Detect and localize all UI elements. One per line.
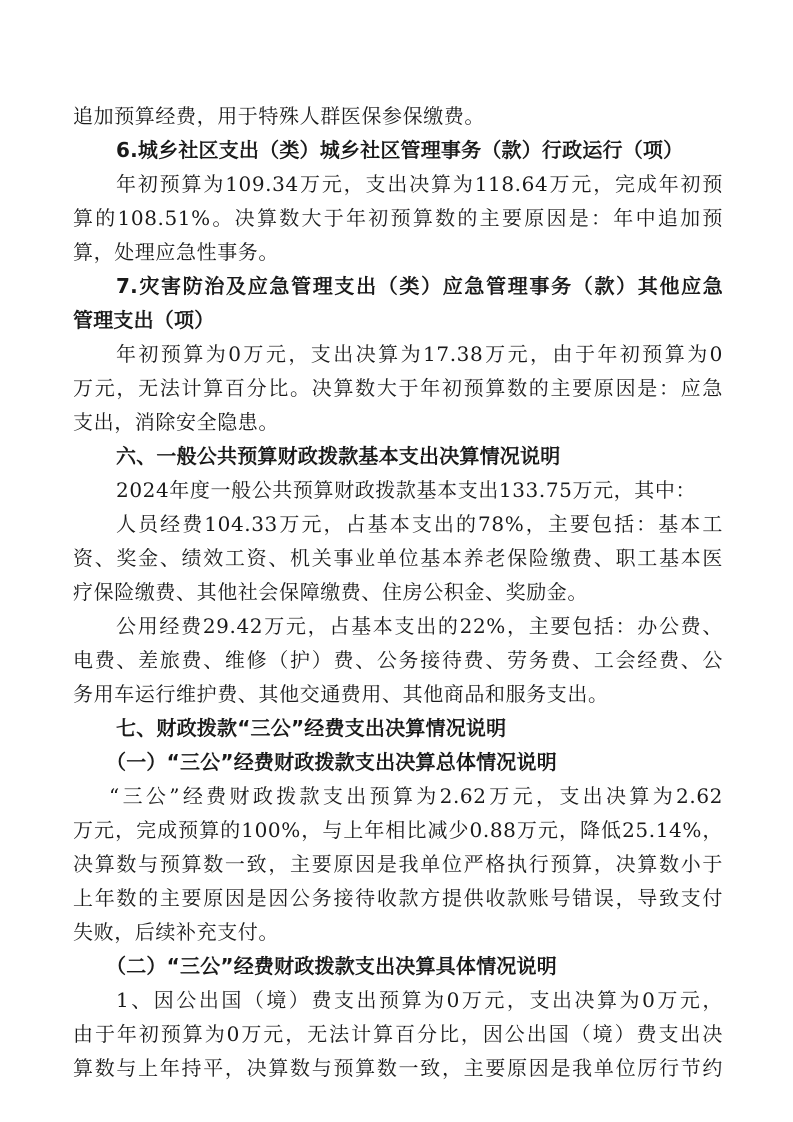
text-line: 公用经费29.42万元，占基本支出的22%，主要包括：办公费、 <box>73 609 723 643</box>
section-heading: 管理支出（项） <box>73 303 723 337</box>
document-page: 追加预算经费，用于特殊人群医保参保缴费。 6.城乡社区支出（类）城乡社区管理事务… <box>73 99 723 1085</box>
text-line: 由于年初预算为0万元，无法计算百分比，因公出国（境）费支出决 <box>73 1017 723 1051</box>
text-line: 算的108.51%。决算数大于年初预算数的主要原因是：年中追加预 <box>73 201 723 235</box>
text-line: 算，处理应急性事务。 <box>73 235 723 269</box>
text-line: 支出，消除安全隐患。 <box>73 405 723 439</box>
text-line: 追加预算经费，用于特殊人群医保参保缴费。 <box>73 99 723 133</box>
section-heading: 七、财政拨款“三公”经费支出决算情况说明 <box>73 711 723 745</box>
text-line: “三公”经费财政拨款支出预算为2.62万元，支出决算为2.62 <box>73 779 723 813</box>
text-line: 年初预算为109.34万元，支出决算为118.64万元，完成年初预 <box>73 167 723 201</box>
text-line: 决算数与预算数一致，主要原因是我单位严格执行预算，决算数小于 <box>73 847 723 881</box>
text-line: 人员经费104.33万元，占基本支出的78%，主要包括：基本工 <box>73 507 723 541</box>
text-line: 上年数的主要原因是因公务接待收款方提供收款账号错误，导致支付 <box>73 881 723 915</box>
text-line: 年初预算为0万元，支出决算为17.38万元，由于年初预算为0 <box>73 337 723 371</box>
text-line: 2024年度一般公共预算财政拨款基本支出133.75万元，其中： <box>73 473 723 507</box>
text-line: 1、因公出国（境）费支出预算为0万元，支出决算为0万元， <box>73 983 723 1017</box>
text-line: 万元，完成预算的100%，与上年相比减少0.88万元，降低25.14%， <box>73 813 723 847</box>
text-line: 万元，无法计算百分比。决算数大于年初预算数的主要原因是：应急 <box>73 371 723 405</box>
text-line: 算数与上年持平，决算数与预算数一致，主要原因是我单位厉行节约 <box>73 1051 723 1085</box>
subsection-heading: （一）“三公”经费财政拨款支出决算总体情况说明 <box>73 745 723 779</box>
text-line: 疗保险缴费、其他社会保障缴费、住房公积金、奖励金。 <box>73 575 723 609</box>
section-heading: 六、一般公共预算财政拨款基本支出决算情况说明 <box>73 439 723 473</box>
text-line: 电费、差旅费、维修（护）费、公务接待费、劳务费、工会经费、公 <box>73 643 723 677</box>
subsection-heading: （二）“三公”经费财政拨款支出决算具体情况说明 <box>73 949 723 983</box>
section-heading: 6.城乡社区支出（类）城乡社区管理事务（款）行政运行（项） <box>73 133 723 167</box>
text-line: 失败，后续补充支付。 <box>73 915 723 949</box>
text-line: 资、奖金、绩效工资、机关事业单位基本养老保险缴费、职工基本医 <box>73 541 723 575</box>
text-line: 务用车运行维护费、其他交通费用、其他商品和服务支出。 <box>73 677 723 711</box>
section-heading: 7.灾害防治及应急管理支出（类）应急管理事务（款）其他应急 <box>73 269 723 303</box>
